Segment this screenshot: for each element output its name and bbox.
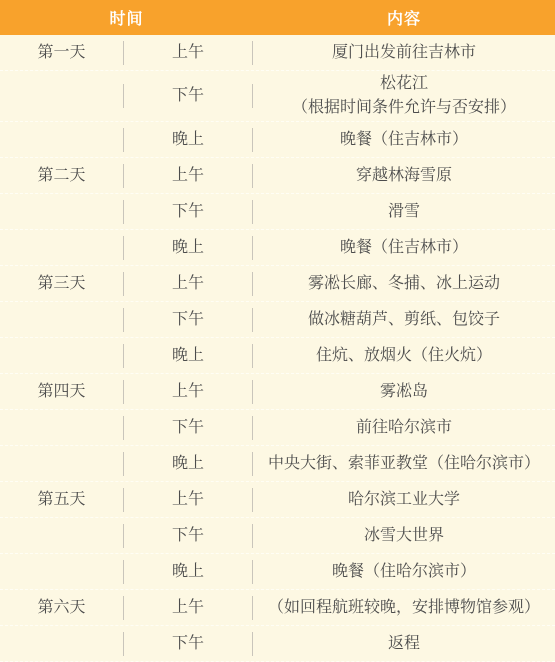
content-line: 哈尔滨工业大学 <box>348 488 460 512</box>
period-cell: 晚上 <box>124 446 252 481</box>
content-cell: 住炕、放烟火（住火炕） <box>253 338 555 373</box>
table-row: 第三天上午雾凇长廊、冬捕、冰上运动 <box>0 266 555 302</box>
period-cell: 下午 <box>124 518 252 553</box>
content-cell: 松花江（根据时间条件允许与否安排） <box>253 71 555 121</box>
content-cell: 厦门出发前往吉林市 <box>253 35 555 70</box>
table-row: 第二天上午穿越林海雪原 <box>0 158 555 194</box>
content-cell: 晚餐（住吉林市） <box>253 230 555 265</box>
table-row: 第一天上午厦门出发前往吉林市 <box>0 35 555 71</box>
day-cell <box>0 518 123 553</box>
content-cell: 返程 <box>253 626 555 661</box>
content-cell: （如回程航班较晚，安排博物馆参观） <box>253 590 555 625</box>
period-cell: 上午 <box>124 266 252 301</box>
content-line: 住炕、放烟火（住火炕） <box>316 344 492 368</box>
day-cell: 第三天 <box>0 266 123 301</box>
table-row: 晚上中央大街、索菲亚教堂（住哈尔滨市） <box>0 446 555 482</box>
period-cell: 晚上 <box>124 338 252 373</box>
period-cell: 晚上 <box>124 230 252 265</box>
day-cell <box>0 338 123 373</box>
period-cell: 下午 <box>124 626 252 661</box>
content-line: 松花江 <box>380 72 428 96</box>
content-line: 晚餐（住吉林市） <box>340 236 468 260</box>
table-row: 下午松花江（根据时间条件允许与否安排） <box>0 71 555 122</box>
header-content-column: 内容 <box>253 0 555 35</box>
period-cell: 上午 <box>124 590 252 625</box>
content-cell: 雾凇岛 <box>253 374 555 409</box>
period-cell: 下午 <box>124 71 252 121</box>
day-cell <box>0 122 123 157</box>
day-cell <box>0 446 123 481</box>
day-cell: 第一天 <box>0 35 123 70</box>
period-cell: 上午 <box>124 35 252 70</box>
day-cell <box>0 302 123 337</box>
table-row: 下午做冰糖葫芦、剪纸、包饺子 <box>0 302 555 338</box>
day-cell <box>0 230 123 265</box>
content-cell: 哈尔滨工业大学 <box>253 482 555 517</box>
table-row: 晚上住炕、放烟火（住火炕） <box>0 338 555 374</box>
content-cell: 雾凇长廊、冬捕、冰上运动 <box>253 266 555 301</box>
period-cell: 下午 <box>124 302 252 337</box>
content-line: 晚餐（住吉林市） <box>340 128 468 152</box>
table-row: 下午滑雪 <box>0 194 555 230</box>
itinerary-table: 时间 内容 第一天上午厦门出发前往吉林市下午松花江（根据时间条件允许与否安排）晚… <box>0 0 555 662</box>
period-cell: 晚上 <box>124 554 252 589</box>
day-cell: 第六天 <box>0 590 123 625</box>
table-row: 晚上晚餐（住吉林市） <box>0 230 555 266</box>
content-cell: 做冰糖葫芦、剪纸、包饺子 <box>253 302 555 337</box>
content-cell: 晚餐（住吉林市） <box>253 122 555 157</box>
content-cell: 晚餐（住哈尔滨市） <box>253 554 555 589</box>
table-row: 第五天上午哈尔滨工业大学 <box>0 482 555 518</box>
table-row: 晚上晚餐（住吉林市） <box>0 122 555 158</box>
day-cell <box>0 194 123 229</box>
content-line: 冰雪大世界 <box>364 524 444 548</box>
content-cell: 冰雪大世界 <box>253 518 555 553</box>
content-cell: 穿越林海雪原 <box>253 158 555 193</box>
content-line: 厦门出发前往吉林市 <box>332 41 476 65</box>
day-cell <box>0 554 123 589</box>
table-row: 下午前往哈尔滨市 <box>0 410 555 446</box>
day-cell: 第四天 <box>0 374 123 409</box>
table-row: 下午冰雪大世界 <box>0 518 555 554</box>
day-cell <box>0 71 123 121</box>
day-cell: 第二天 <box>0 158 123 193</box>
content-line: 雾凇岛 <box>380 380 428 404</box>
table-row: 第六天上午（如回程航班较晚，安排博物馆参观） <box>0 590 555 626</box>
period-cell: 下午 <box>124 410 252 445</box>
content-cell: 前往哈尔滨市 <box>253 410 555 445</box>
period-cell: 晚上 <box>124 122 252 157</box>
period-cell: 下午 <box>124 194 252 229</box>
content-line: 滑雪 <box>388 200 420 224</box>
header-time-column: 时间 <box>0 0 253 35</box>
day-cell <box>0 410 123 445</box>
content-cell: 滑雪 <box>253 194 555 229</box>
content-line: 前往哈尔滨市 <box>356 416 452 440</box>
content-line: （根据时间条件允许与否安排） <box>292 96 516 120</box>
content-line: 晚餐（住哈尔滨市） <box>332 560 476 584</box>
table-body: 第一天上午厦门出发前往吉林市下午松花江（根据时间条件允许与否安排）晚上晚餐（住吉… <box>0 35 555 662</box>
table-row: 下午返程 <box>0 626 555 662</box>
content-line: （如回程航班较晚，安排博物馆参观） <box>268 596 540 620</box>
content-line: 做冰糖葫芦、剪纸、包饺子 <box>308 308 500 332</box>
period-cell: 上午 <box>124 374 252 409</box>
content-cell: 中央大街、索菲亚教堂（住哈尔滨市） <box>253 446 555 481</box>
content-line: 返程 <box>388 632 420 656</box>
table-row: 晚上晚餐（住哈尔滨市） <box>0 554 555 590</box>
content-line: 穿越林海雪原 <box>356 164 452 188</box>
table-row: 第四天上午雾凇岛 <box>0 374 555 410</box>
period-cell: 上午 <box>124 158 252 193</box>
content-line: 中央大街、索菲亚教堂（住哈尔滨市） <box>268 452 540 476</box>
content-line: 雾凇长廊、冬捕、冰上运动 <box>308 272 500 296</box>
table-header: 时间 内容 <box>0 0 555 35</box>
day-cell: 第五天 <box>0 482 123 517</box>
period-cell: 上午 <box>124 482 252 517</box>
day-cell <box>0 626 123 661</box>
